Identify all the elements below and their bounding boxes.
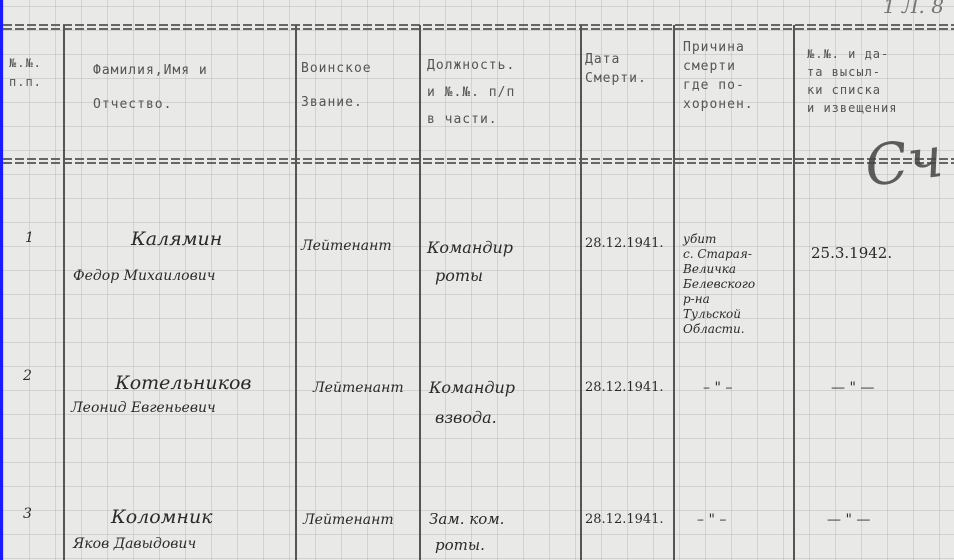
header-name: Фамилия,Имя и Отчество.: [93, 54, 208, 122]
surname: Калямин: [131, 228, 222, 250]
rank: Лейтенант: [313, 380, 404, 396]
notice-date: — " —: [831, 380, 874, 396]
rank: Лейтенант: [303, 512, 394, 528]
row-number: 1: [25, 230, 34, 246]
column-divider: [580, 25, 582, 560]
column-divider: [63, 25, 65, 560]
notice-date: 25.3.1942.: [811, 244, 892, 262]
header-cause-burial: Причина смерти где по- хоронен.: [683, 38, 754, 114]
cause-burial: – " –: [697, 512, 726, 528]
signature-mark: Сч: [861, 125, 947, 200]
position: Командир: [429, 378, 515, 397]
position: Командир: [427, 238, 513, 257]
header-number: №.№. п.п.: [9, 54, 42, 92]
header-notice: №.№. и да- та высыл- ки списка и извещен…: [807, 45, 897, 117]
row-number: 2: [23, 368, 32, 384]
position-unit: роты.: [435, 536, 485, 554]
row-number: 3: [23, 506, 32, 522]
cause-burial: убит с. Старая- Величка Белевского р-на …: [683, 232, 755, 337]
header-position: Должность. и №.№. п/п в части.: [427, 52, 515, 133]
given-patronymic: Леонид Евгеньевич: [71, 400, 216, 416]
column-divider: [419, 25, 421, 560]
cause-burial: – " –: [703, 380, 732, 396]
death-date: 28.12.1941.: [585, 236, 664, 251]
header-top-rule: [3, 24, 954, 30]
given-patronymic: Яков Давыдович: [73, 536, 196, 552]
header-death-date: Дата Смерти.: [585, 50, 647, 88]
rank: Лейтенант: [301, 238, 392, 254]
death-date: 28.12.1941.: [585, 512, 664, 527]
death-date: 28.12.1941.: [585, 380, 664, 395]
given-patronymic: Федор Михаилович: [73, 268, 215, 284]
notice-date: — " —: [827, 512, 870, 528]
document-page: 1 Л. 8 №.№. п.п. Фамилия,Имя и Отчество.…: [3, 0, 954, 560]
position-unit: роты: [435, 266, 483, 285]
column-divider: [793, 25, 795, 560]
margin-mark: 1 Л. 8: [883, 0, 944, 18]
column-divider: [295, 25, 297, 560]
position-unit: взвода.: [435, 408, 497, 427]
surname: Коломник: [111, 506, 213, 528]
column-divider: [673, 25, 675, 560]
header-rank: Воинское Звание.: [301, 52, 372, 120]
position: Зам. ком.: [429, 510, 504, 528]
surname: Котельников: [115, 372, 251, 394]
header-bottom-rule: [3, 158, 954, 164]
